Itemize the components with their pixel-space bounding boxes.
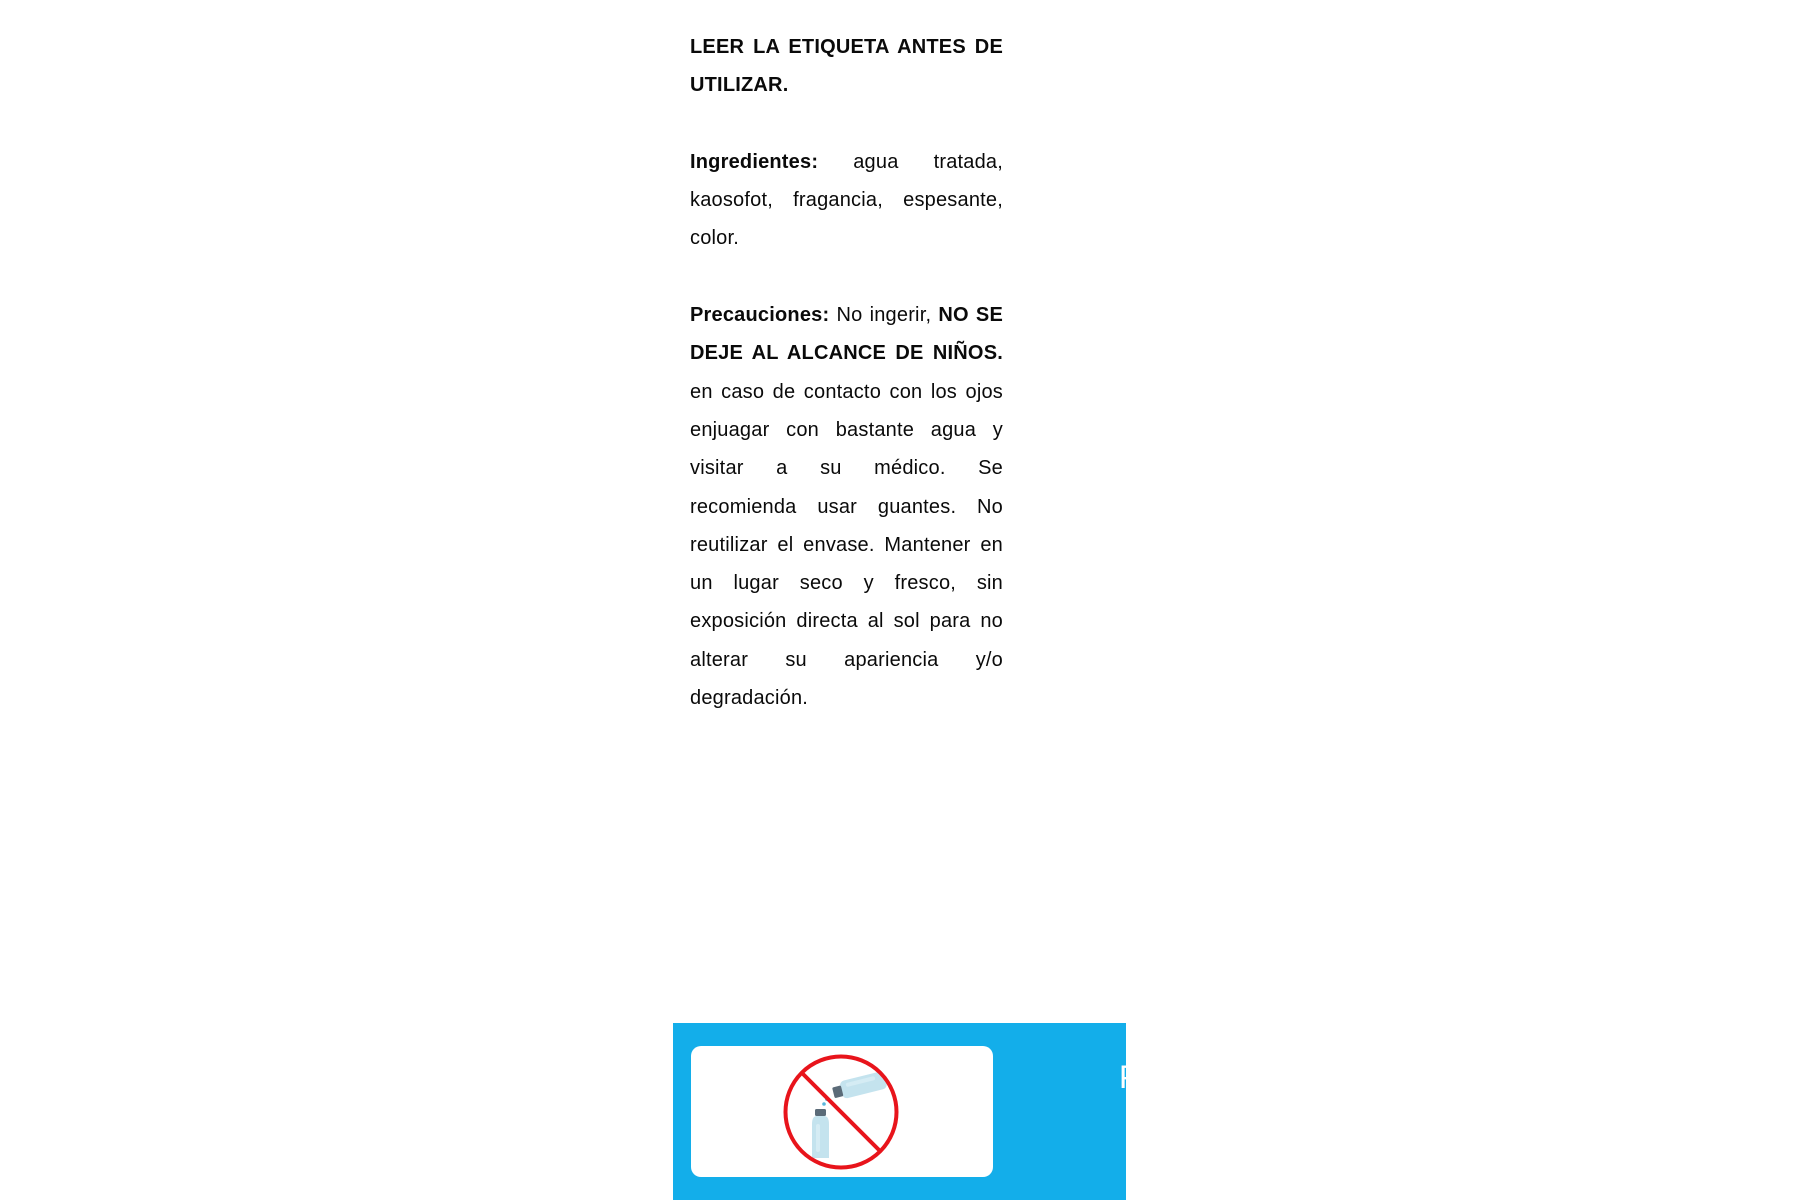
icon-card (691, 1046, 993, 1177)
precautions-text-1: No ingerir, (829, 304, 938, 326)
precautions-label: Precauciones: (690, 304, 829, 326)
precautions-paragraph: Precauciones: No ingerir, NO SE DEJE AL … (690, 296, 1003, 717)
footer-banner: P (673, 1023, 1126, 1200)
read-label-warning: LEER LA ETIQUETA ANTES DE UTILIZAR. (690, 28, 1003, 105)
product-label-text: LEER LA ETIQUETA ANTES DE UTILIZAR. Ingr… (690, 28, 1003, 756)
ingredients-paragraph: Ingredientes: agua tratada, kaosofot, fr… (690, 143, 1003, 258)
no-reuse-bottle-icon (781, 1052, 901, 1172)
precautions-text-2: en caso de contacto con los ojos enjuaga… (690, 381, 1003, 709)
ingredients-label: Ingredientes: (690, 151, 818, 173)
banner-heading: P (1119, 1061, 1126, 1093)
read-label-warning-text: LEER LA ETIQUETA ANTES DE UTILIZAR. (690, 36, 1003, 96)
